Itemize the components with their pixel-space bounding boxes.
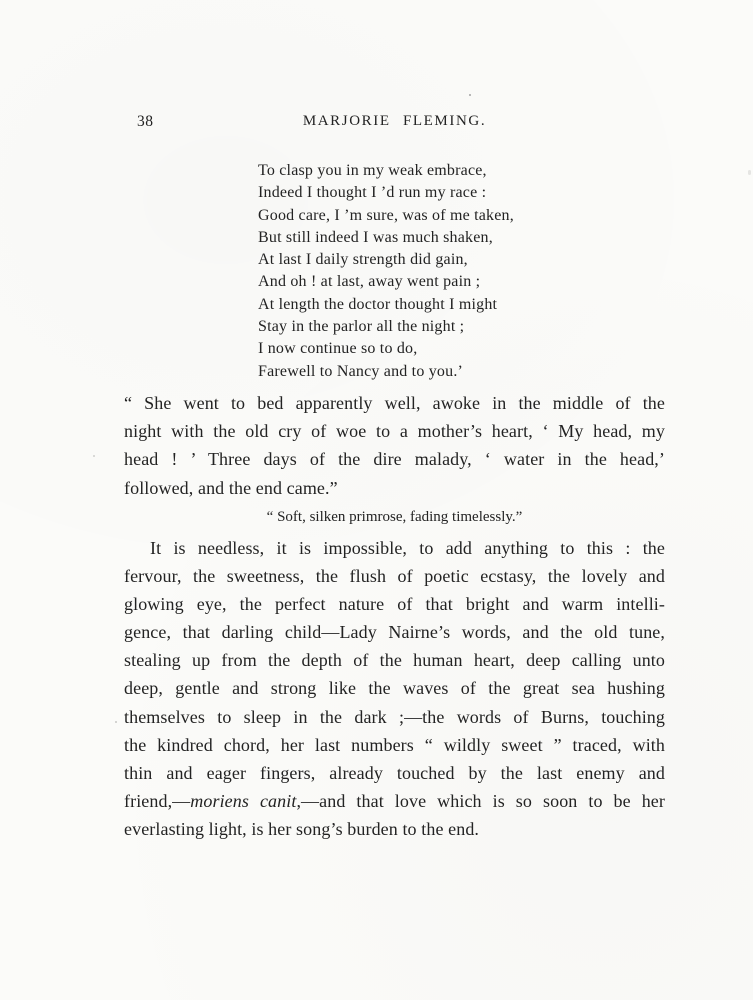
text-line: And oh ! at last, away went pain ;	[258, 271, 558, 293]
scan-speck	[93, 455, 95, 457]
text-line: I now continue so to do,	[258, 338, 558, 360]
book-page: 38 MARJORIE FLEMING. To clasp you in my …	[0, 0, 753, 1000]
text-line: head ! ’ Three days of the dire malady, …	[124, 445, 665, 473]
text-line: stealing up from the depth of the human …	[124, 646, 665, 674]
running-title: MARJORIE FLEMING.	[124, 113, 665, 130]
prose-paragraph-2: It is needless, it is impossible, to add…	[124, 534, 665, 843]
text-line: But still indeed I was much shaken,	[258, 227, 558, 249]
text-line: everlasting light, is her song’s burden …	[124, 815, 665, 843]
text-line: “ She went to bed apparently well, awoke…	[124, 389, 665, 417]
text-line: the kindred chord, her last numbers “ wi…	[124, 731, 665, 759]
scan-speck	[115, 721, 117, 723]
text-line: It is needless, it is impossible, to add…	[124, 534, 665, 562]
text-line: Stay in the parlor all the night ;	[258, 316, 558, 338]
prose-paragraph-1: “ She went to bed apparently well, awoke…	[124, 389, 665, 502]
scan-speck	[469, 94, 471, 96]
text-line: themselves to sleep in the dark ;—the wo…	[124, 703, 665, 731]
poem-verse-block: To clasp you in my weak embrace,Indeed I…	[258, 160, 558, 383]
scan-speck	[748, 170, 751, 175]
text-line: Farewell to Nancy and to you.’	[258, 361, 558, 383]
text-line: followed, and the end came.”	[124, 474, 665, 502]
text-line: At last I daily strength did gain,	[258, 249, 558, 271]
text-line: To clasp you in my weak embrace,	[258, 160, 558, 182]
text-line: glowing eye, the perfect nature of that …	[124, 590, 665, 618]
text-line: Indeed I thought I ’d run my race :	[258, 182, 558, 204]
text-line: friend,—moriens canit,—and that love whi…	[124, 787, 665, 815]
centered-quote: “ Soft, silken primrose, fading timeless…	[124, 507, 665, 527]
text-line: gence, that darling child—Lady Nairne’s …	[124, 618, 665, 646]
text-line: thin and eager fingers, already touched …	[124, 759, 665, 787]
text-line: Good care, I ’m sure, was of me taken,	[258, 205, 558, 227]
text-line: deep, gentle and strong like the waves o…	[124, 674, 665, 702]
text-line: night with the old cry of woe to a mothe…	[124, 417, 665, 445]
running-head: 38 MARJORIE FLEMING.	[0, 113, 753, 135]
text-line: fervour, the sweetness, the flush of poe…	[124, 562, 665, 590]
text-line: At length the doctor thought I might	[258, 294, 558, 316]
